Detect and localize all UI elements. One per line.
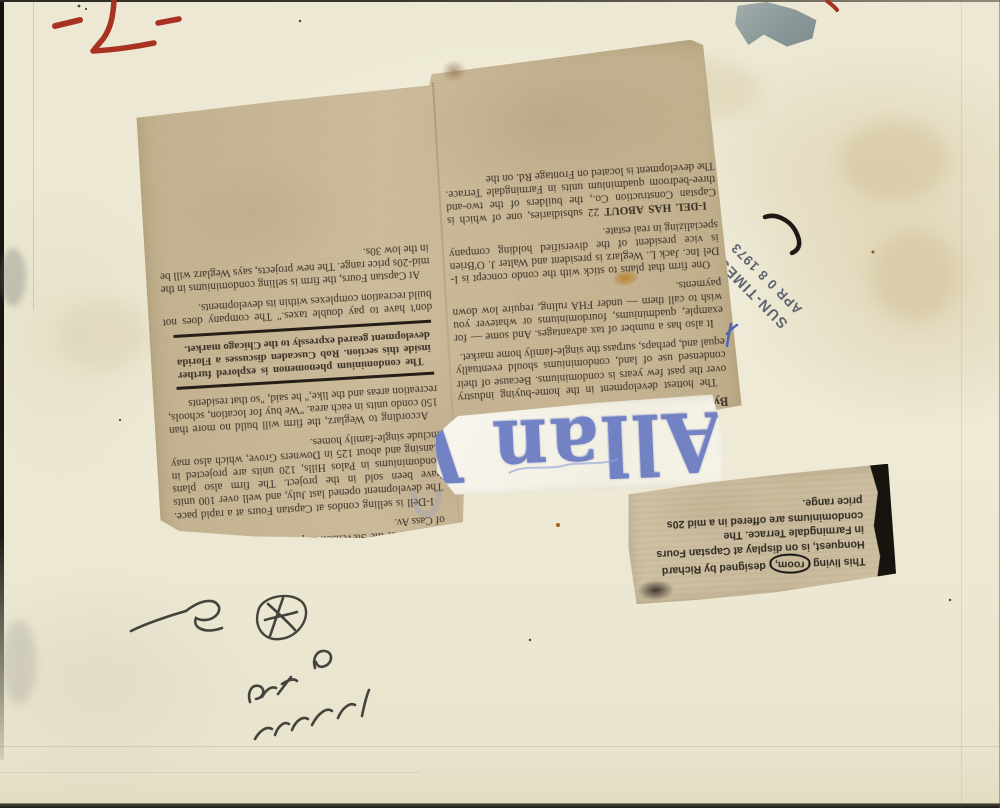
article-paragraph: The hottest development in the home-buyi… xyxy=(455,334,728,403)
photo-back-scan: { "meta": { "description": "Reverse side… xyxy=(0,0,1000,808)
grey-smudge-left-edge xyxy=(0,248,26,306)
pencil-handwriting xyxy=(131,596,369,739)
caption-before: This living xyxy=(810,555,866,570)
pencil-circle-stroke-2 xyxy=(268,604,295,630)
paragraph-rest: 22 subsidiaries, one of which is Capstan… xyxy=(445,159,716,227)
pencil-note1-c xyxy=(314,651,331,668)
stain-right-2 xyxy=(870,230,960,320)
paper-crease-vertical-right xyxy=(961,0,962,808)
stain-left-center xyxy=(60,300,150,370)
promo-box: The condominium phenomenon is explored f… xyxy=(173,319,434,389)
article-paragraph: One firm that plans to stick with the co… xyxy=(448,217,721,286)
pencil-circle xyxy=(257,596,306,639)
article-paragraph: I-Dell is selling condos at Capstan Four… xyxy=(170,427,444,522)
paper-crease-horizontal-2 xyxy=(0,772,420,773)
scan-edge-bottom xyxy=(0,803,1000,808)
caption-circled-word: room, xyxy=(769,554,811,574)
paper-crease-vertical-left xyxy=(33,0,34,310)
pencil-scrawl xyxy=(131,601,222,631)
stain-right-1 xyxy=(840,120,950,200)
main-newspaper-clipping: By Dennis Smith The hottest development … xyxy=(132,37,752,569)
caption-black-edge-bar xyxy=(870,464,897,593)
red-page-number-mark xyxy=(55,1,837,51)
article-content-rotated: By Dennis Smith The hottest development … xyxy=(132,37,752,569)
grey-smudge-left-lower xyxy=(2,620,36,704)
caption-text: This living room, designed by Richard Ho… xyxy=(650,492,866,580)
pencil-note1-b xyxy=(262,677,297,697)
black-ink-curve-mark xyxy=(765,216,799,253)
pencil-note2-a xyxy=(255,718,308,739)
brown-stain-clipping-corner xyxy=(437,56,471,86)
promo-box-text: The condominium phenomenon is explored f… xyxy=(176,328,432,382)
article-paragraph: I-DEL HAS ABOUT 22 subsidiaries, one of … xyxy=(444,158,717,227)
article-column-2: north side of the Stevenson Expressway, … xyxy=(148,55,447,568)
pencil-note1-a xyxy=(249,686,263,702)
pencil-note2-b xyxy=(312,690,369,725)
pencil-circle-stroke-1 xyxy=(270,598,283,636)
pencil-circle-stroke-3 xyxy=(265,612,297,620)
tape-residue-patch xyxy=(735,1,819,49)
red-tick-top-right xyxy=(827,1,837,10)
article-paragraph: It also has a number of tax advantages. … xyxy=(451,276,724,345)
scan-edge-top xyxy=(0,0,1000,2)
paper-crease-horizontal xyxy=(0,746,1000,747)
